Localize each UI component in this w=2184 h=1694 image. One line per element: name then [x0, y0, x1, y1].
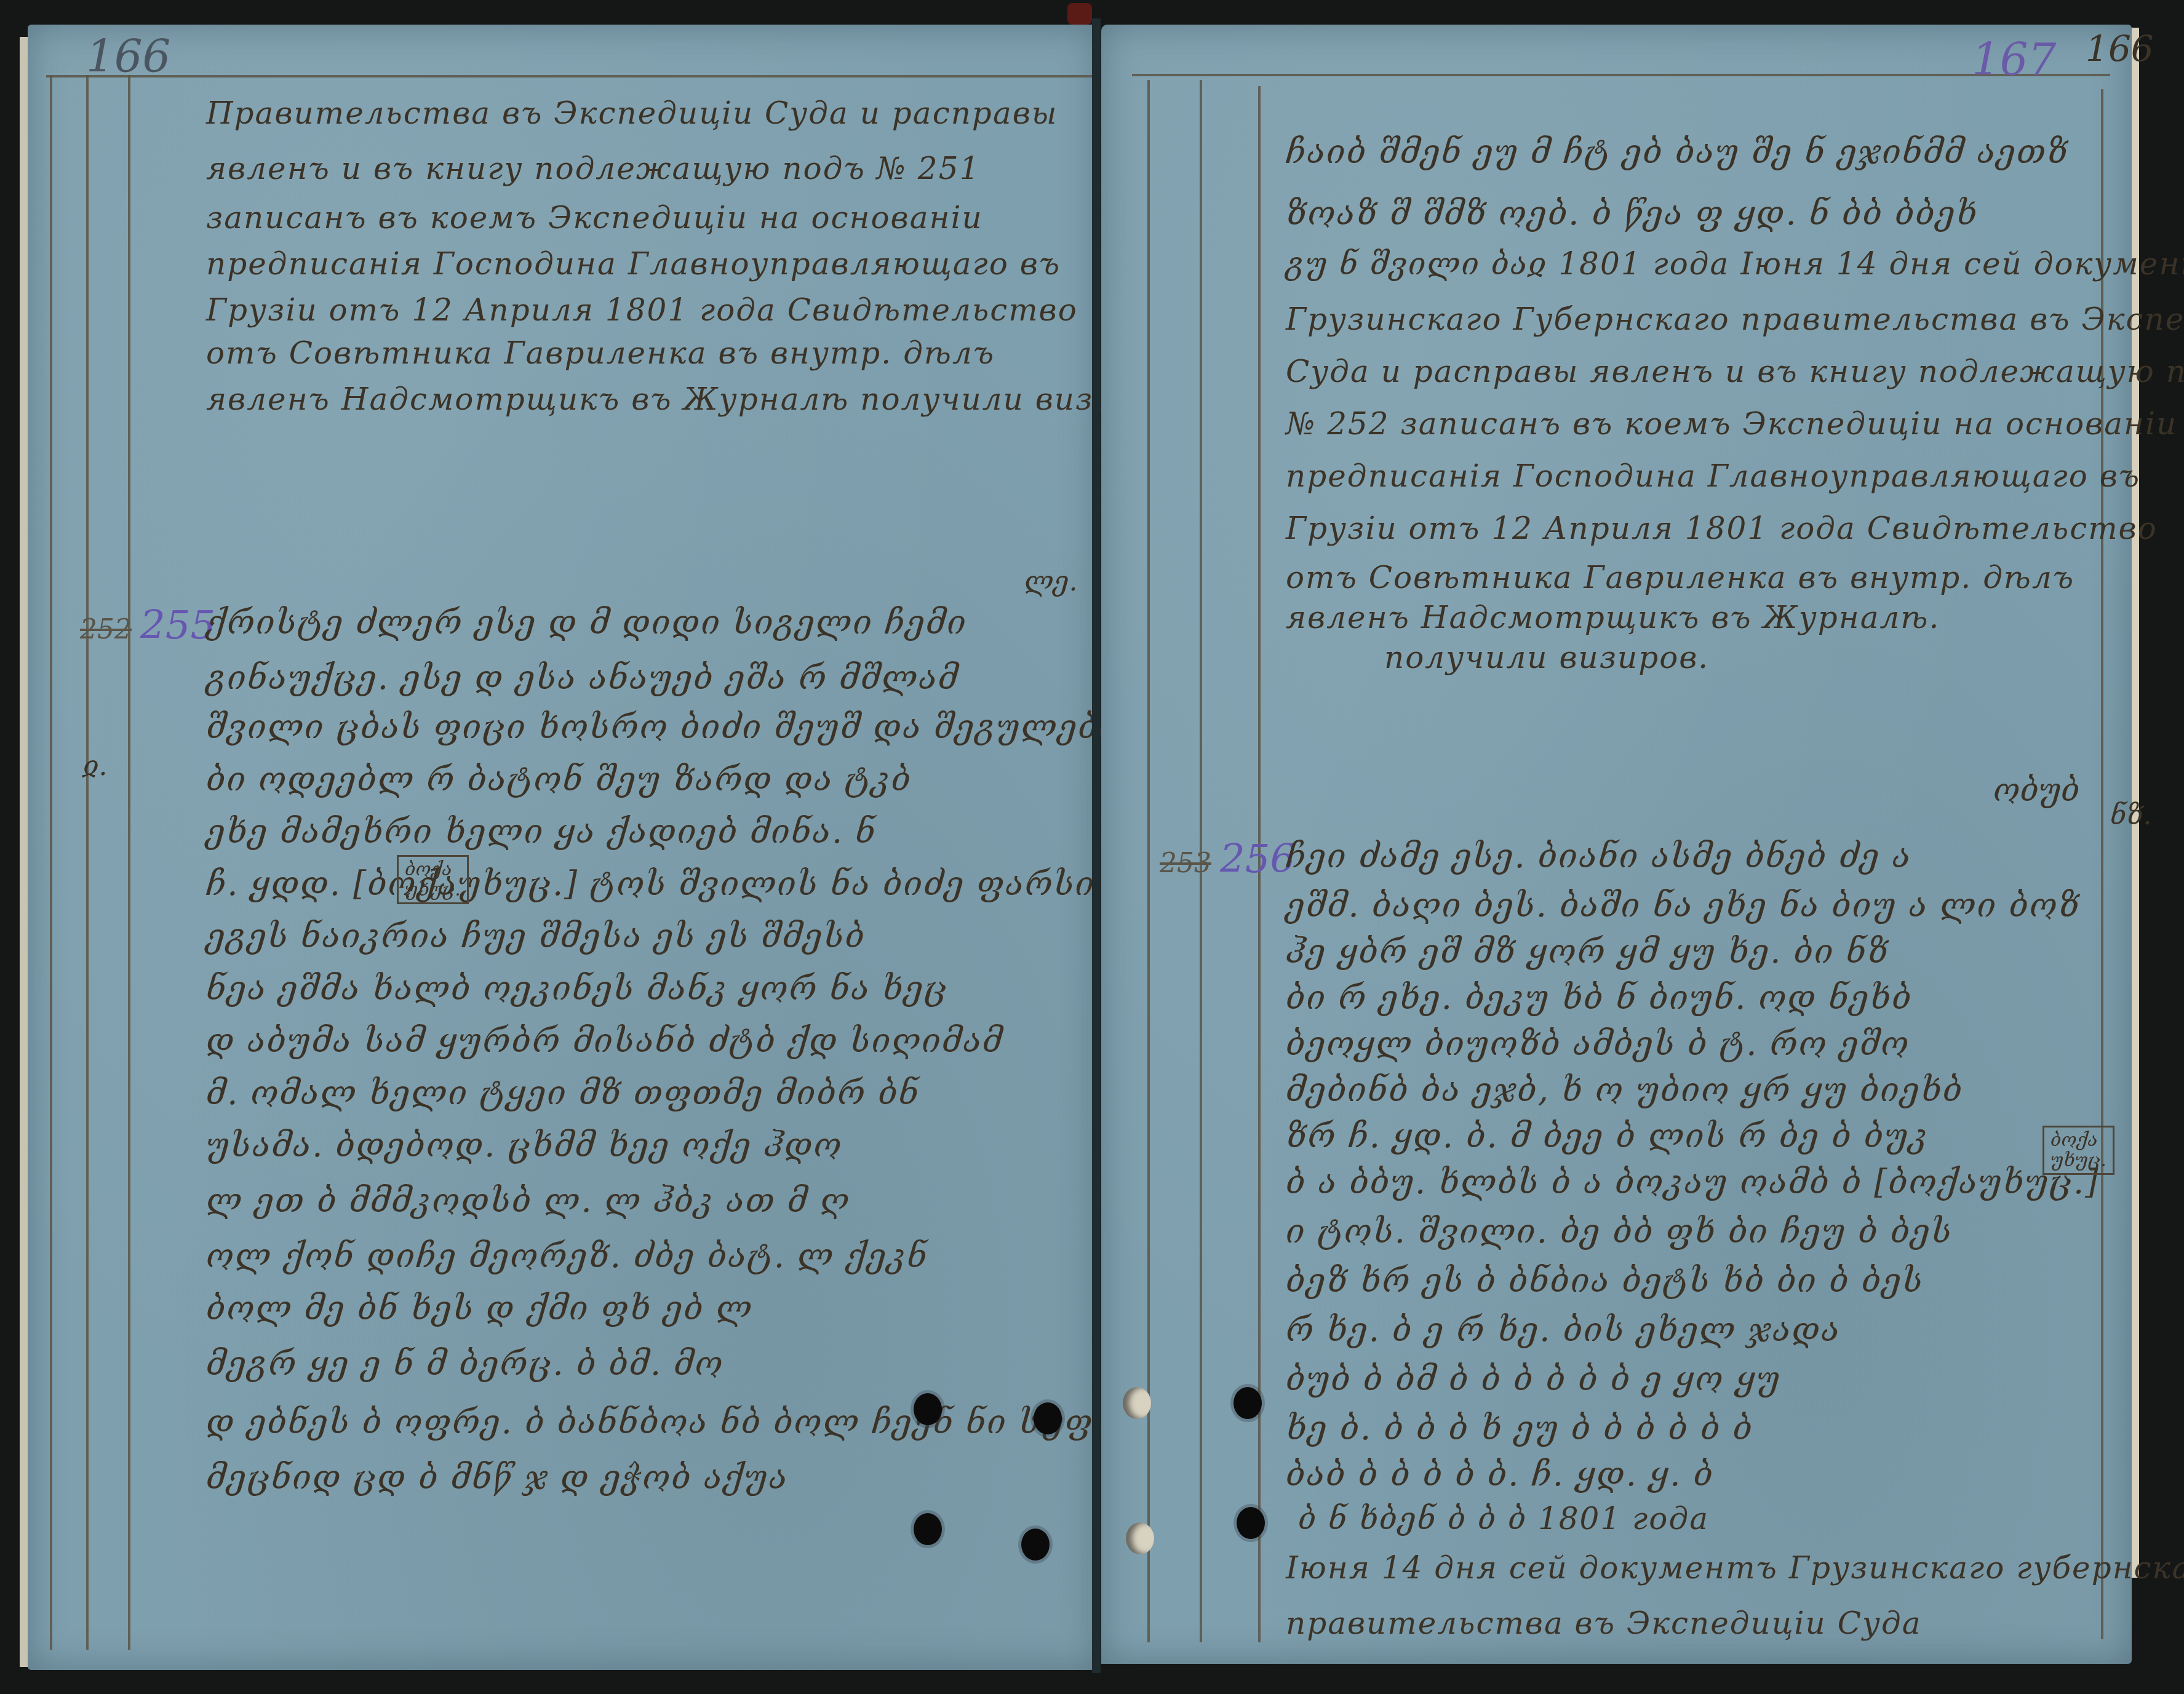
text-line: უსამა. ბდებოდ. ცხმმ ხეე ოქე ჰდო: [206, 1126, 843, 1164]
text-line: ჩეი ძამე ესე. ბიანი ასმე ბნებ ძე ა: [1286, 837, 1911, 875]
text-line: ბ ნ ხბენ ბ ბ ბ 1801 года: [1298, 1501, 1709, 1537]
page-mark: ლე.: [1024, 566, 1077, 597]
text-line: გინაუქცე. ესე დ ესა ანაუებ ეშა რ მშლამ: [206, 658, 959, 697]
text-line: Грузіи отъ 12 Априля 1801 года Свидѣтель…: [206, 292, 1078, 328]
text-line: ქრისტე ძლერ ესე დ მ დიდი სიგელი ჩემი: [206, 603, 967, 642]
text-line: მეცნიდ ცდ ბ მნწ ჯ დ ეჭობ აქუა: [206, 1458, 788, 1497]
punch-hole: [914, 1513, 942, 1545]
text-line: ბ ა ბბუ. ხლბს ბ ა ბოკაუ ოამბ ბ [ბოქაუხუც…: [1286, 1163, 2099, 1201]
text-line: явленъ Надсмотрщикъ въ Журналѣ получили …: [206, 381, 1186, 417]
punch-hole: [1233, 1387, 1262, 1419]
margin-rule-1: [50, 75, 52, 1650]
folio-number-purple: 167: [1972, 34, 2056, 85]
text-line: ეშმ. ბაღი ბეს. ბაში ნა ეხე ნა ბიუ ა ლი ბ…: [1286, 886, 2080, 925]
binding-thread: [1067, 3, 1092, 25]
page-mark: ნზ.: [2110, 800, 2151, 831]
entry-number-new: 255: [140, 603, 215, 648]
text-line: ბი ოდეებლ რ ბატონ შეუ ზარდ და ტკბ: [206, 760, 912, 798]
text-line: Правительства въ Экспедиціи Суда и распр…: [206, 95, 1058, 131]
text-line: Грузинскаго Губернскаго правительства въ…: [1286, 301, 2184, 337]
text-line: დ აბუმა სამ ყურბრ მისანბ ძტბ ქდ სიღიმამ: [206, 1021, 1003, 1060]
text-line: Суда и расправы явленъ и въ книгу подлеж…: [1286, 354, 2184, 389]
entry-number-new: 256: [1220, 837, 1295, 882]
text-line: № 252 записанъ въ коемъ Экспедиціи на ос…: [1286, 406, 2177, 442]
text-line: правительства въ Экспедиціи Суда: [1286, 1605, 1921, 1641]
text-line: ჩაიბ შმენ ეუ მ ჩტ ებ ბაუ შე ნ ეჯინმმ აეთ…: [1286, 132, 2069, 171]
text-line: ეხე მამეხრი ხელი ყა ქადიებ მინა. ნ: [206, 812, 876, 851]
punch-hole: [1034, 1402, 1062, 1434]
text-line: ნეა ეშმა ხალბ ოეკინეს მანკ ყორ ნა ხეც: [206, 969, 948, 1008]
text-line: ბოლ მე ბნ ხეს დ ქმი ფხ ებ ლ: [206, 1289, 753, 1327]
heading-mark: ობუბ: [1993, 772, 2079, 809]
entry-number-old: 252: [80, 614, 132, 645]
punch-hole: [914, 1393, 942, 1425]
entry-number: 252255: [80, 603, 215, 648]
margin-rule-3: [128, 75, 130, 1650]
text-line: отъ Совѣтника Гавриленка въ внутр. дѣлъ: [206, 335, 995, 371]
punch-hole: [1123, 1387, 1151, 1419]
text-line: явленъ и въ книгу подлежащую подъ № 251: [206, 151, 980, 186]
text-line: записанъ въ коемъ Экспедиціи на основані…: [206, 200, 983, 236]
text-line: ეგეს ნაიკრია ჩუე შმესა ეს ეს შმესბ: [206, 917, 866, 955]
folio-number: 166: [86, 31, 170, 82]
text-line: მ. ომალ ხელი ტყეი მზ თფთმე მიბრ ბნ: [206, 1073, 920, 1112]
entry-number-old: 253: [1160, 848, 1211, 879]
boxed-annotation: ბოქა უხუც.: [397, 855, 469, 904]
text-line: получили визиров.: [1384, 640, 1709, 675]
book-spine: [1092, 18, 1101, 1673]
right-page: 167 166 ჩაიბ შმენ ეუ მ ჩტ ებ ბაუ შე ნ ეჯ…: [1101, 25, 2132, 1664]
boxed-annotation: ბოქა უხუც.: [2043, 1126, 2114, 1175]
text-line: ოლ ქონ დიჩე მეორეზ. ძბე ბატ. ლ ქეკნ: [206, 1236, 928, 1275]
header-rule: [46, 75, 1092, 78]
text-line: ი ტოს. შვილი. ბე ბბ ფხ ბი ჩეუ ბ ბეს: [1286, 1212, 1953, 1251]
text-line: явленъ Надсмотрщикъ въ Журналѣ.: [1286, 600, 1940, 635]
text-line: ბუბ ბ ბმ ბ ბ ბ ბ ბ ბ ე ყო ყუ: [1286, 1359, 1781, 1398]
entry-number: 253256: [1160, 837, 1295, 882]
folio-number-ink: 166: [2086, 28, 2154, 70]
text-line: ხე ბ. ბ ბ ბ ხ ეუ ბ ბ ბ ბ ბ ბ: [1286, 1409, 1753, 1447]
text-line: ლ ეთ ბ მმმკოდსბ ლ. ლ ჰბკ ათ მ ღ: [206, 1181, 850, 1220]
text-line: предписанія Господина Главноуправляющаго…: [206, 246, 1061, 282]
text-line: ზოაზ შ შმზ ოებ. ბ წეა ფ ყდ. ნ ბბ ბბეხ: [1286, 194, 1978, 233]
left-page: 166 Правительства въ Экспедиціи Суда и р…: [28, 25, 1098, 1670]
punch-hole: [1021, 1529, 1050, 1561]
text-line: Іюня 14 дня сей документъ Грузинскаго гу…: [1286, 1550, 2184, 1586]
text-line: ბაბ ბ ბ ბ ბ ბ. ჩ. ყდ. ყ. ბ: [1286, 1455, 1714, 1493]
text-line: შვილი ცბას ფიცი ხოსრო ბიძი შეუშ და შეგულ…: [206, 707, 1119, 746]
text-line: ჩ. ყდდ. [ბოქაუხუც.] ტოს შვილის ნა ბიძე ფ…: [206, 864, 1095, 903]
text-line: გუ ნ შვილი ბაჲ 1801 года Іюня 14 дня сей…: [1286, 246, 2184, 282]
text-line: отъ Совѣтника Гавриленка въ внутр. дѣлъ: [1286, 560, 2074, 595]
text-line: Грузіи отъ 12 Априля 1801 года Свидѣтель…: [1286, 511, 2158, 546]
text-line: предписанія Господина Главноуправляющаго…: [1286, 458, 2140, 494]
header-rule: [1132, 74, 2110, 76]
text-line: რ ხე. ბ ე რ ხე. ბის ეხელ ჯადა: [1286, 1310, 1841, 1349]
text-line: მებინბ ბა ეჯბ, ხ ო უბიო ყრ ყუ ბიეხბ: [1286, 1070, 1963, 1109]
text-line: ბი რ ეხე. ბეკუ ხბ ნ ბიუნ. ოდ ნეხბ: [1286, 978, 1912, 1017]
text-line: დ ებნეს ბ ოფრე. ბ ბანნბოა ნბ ბოლ ჩეენ ნი…: [206, 1402, 1113, 1441]
text-line: მეგრ ყე ე ნ მ ბერც. ბ ბმ. მო: [206, 1344, 724, 1383]
text-line: ზრ ჩ. ყდ. ბ. მ ბეე ბ ლის რ ბე ბ ბუკ: [1286, 1116, 1929, 1155]
margin-note: ჲ.: [83, 750, 108, 782]
text-line: ჰე ყბრ ეშ მზ ყორ ყმ ყუ ხე. ბი ნზ: [1286, 932, 1889, 971]
margin-rule-2: [86, 75, 89, 1650]
text-line: ბეზ ხრ ეს ბ ბნბია ბეტს ხბ ბი ბ ბეს: [1286, 1261, 1924, 1300]
text-line: ბეოყლ ბიუოზბ ამბეს ბ ტ. რო ეშო: [1286, 1024, 1910, 1063]
punch-hole: [1126, 1522, 1154, 1554]
punch-hole: [1237, 1507, 1265, 1539]
